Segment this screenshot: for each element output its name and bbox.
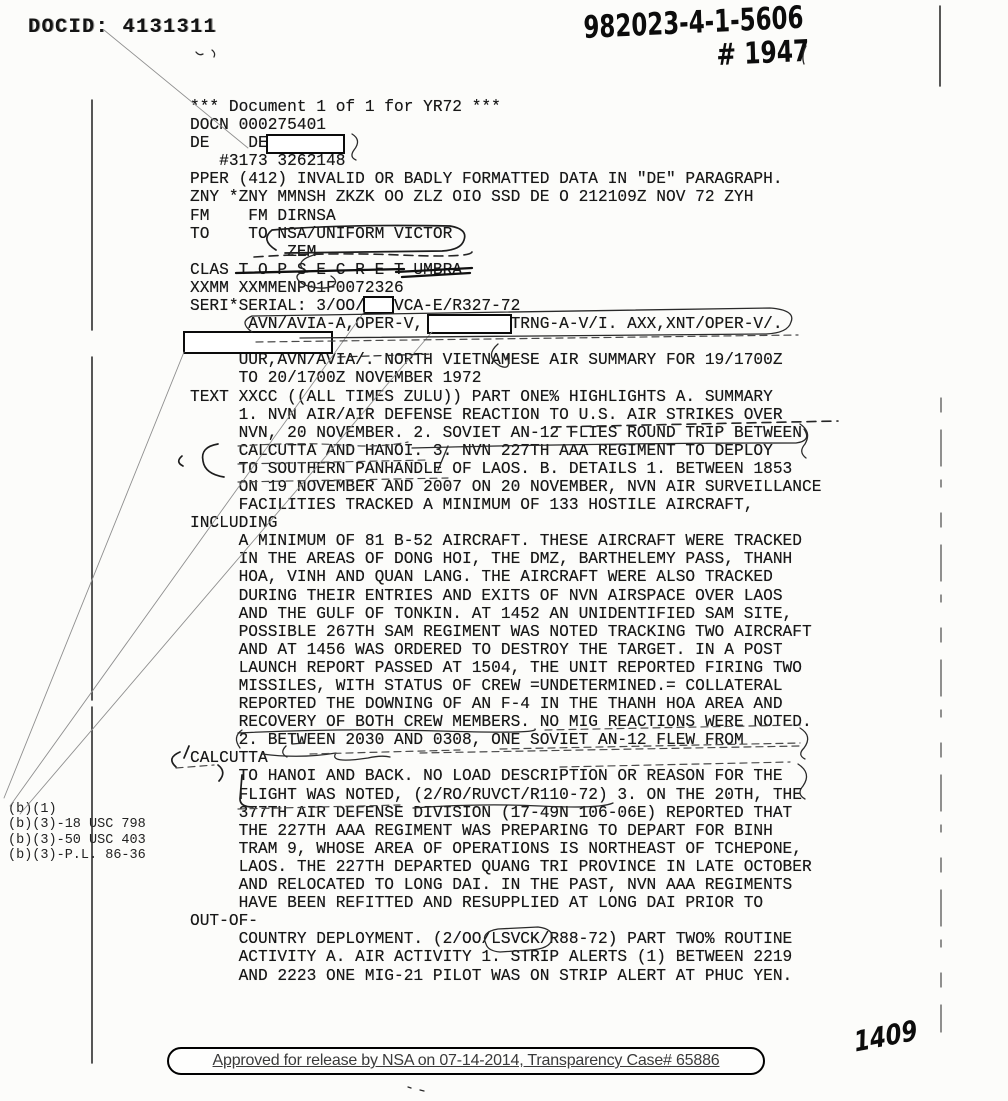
release-stamp: Approved for release by NSA on 07-14-201… <box>167 1047 765 1075</box>
docid-smudge-marks <box>196 50 215 57</box>
bottom-dot-marks <box>408 1087 424 1091</box>
foia-exemption-codes: (b)(1) (b)(3)-18 USC 798 (b)(3)-50 USC 4… <box>8 802 146 864</box>
leader-line-main-box <box>4 352 184 798</box>
message-body-text: *** Document 1 of 1 for YR72 *** DOCN 00… <box>190 98 821 985</box>
release-stamp-text: Approved for release by NSA on 07-14-201… <box>213 1052 720 1070</box>
scanned-document-page: DOCID: 4131311 982023-4-1-5606 # 1947 14… <box>0 0 1008 1101</box>
redaction-box-main <box>183 331 333 354</box>
redaction-box-avn-line <box>427 314 512 334</box>
redaction-box-de-line <box>266 134 345 154</box>
handwritten-item-number: # 1947 <box>716 34 810 73</box>
docid-header: DOCID: 4131311 <box>28 16 217 39</box>
handwritten-page-number: 1409 <box>852 1014 919 1059</box>
redaction-box-serial-line <box>363 296 394 314</box>
